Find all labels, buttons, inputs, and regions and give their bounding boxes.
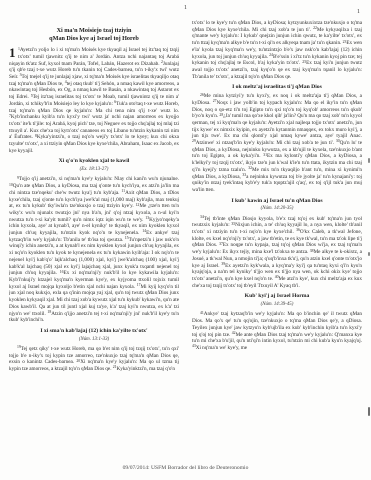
section-heading: I kub' kawin aj Israel tu'n qMan Dios — [197, 198, 357, 205]
verses-9-18: 9Tojjo q'ij anetzi'n, xi nq'ma'n kye'y k… — [9, 176, 179, 323]
left-column: Xi ma'n Moisiejo tzaj ttziyin qMan Dios … — [9, 20, 179, 454]
verses-21-25-continuation: tx'otx' lo te kye'y tu'n qMan Dios, a ky… — [192, 20, 362, 80]
cross-reference: (Ex. 18:13-27) — [9, 167, 179, 174]
section-heading: I xi sma'n kab'lajaj (12) ichin ka'yilte… — [14, 328, 174, 335]
page-number-right: 1 — [357, 9, 360, 15]
passage-title-line1: Xi ma'n Moisiejo tzaj ttziyin — [57, 27, 132, 34]
passage-title-line2: qMan Dios kye aj Israel toj Horeb — [49, 35, 139, 42]
chapter-paragraph: 11Ayetzi'n yoljo lo i xi tq'ma'n Moisés … — [9, 47, 179, 154]
verses-41-43: 41Ankye' tzaj kytzaq'b'in we'y kyjalu'n:… — [192, 311, 362, 351]
page-number-center: 1 — [0, 5, 371, 11]
document-page: 1 1 Xi ma'n Moisiejo tzaj ttziyin qMan D… — [0, 0, 371, 480]
verses-26-33: 26Me mina kytziyi'y tu'n kyxi'y, ex noq … — [192, 93, 362, 194]
chapter-number-drop-cap: 1 — [9, 47, 16, 58]
cross-reference: (Núm. 14:39-45) — [192, 302, 362, 309]
verses-1-8: 1Ayetzi'n yoljo lo i xi tq'ma'n Moisés k… — [9, 47, 179, 154]
cross-reference: (Núm. 13:1-33) — [9, 337, 179, 344]
verses-19-21: 19Tej qetz qiky' t-xe wutz Horeb, ma qo … — [9, 346, 179, 373]
right-column: tx'otx' lo te kye'y tu'n qMan Dios, a ky… — [192, 20, 362, 454]
scan-artifact — [368, 252, 370, 256]
draft-footer-note: 09/07/2014: USFM Borrador del libro de D… — [0, 463, 371, 471]
text-columns: Xi ma'n Moisiejo tzaj ttziyin qMan Dios … — [9, 20, 362, 454]
section-heading: Kub' kyi'j aj Israel Horma — [197, 293, 357, 300]
section-heading: Xi q'o'n kyoklen xjal te kawil — [14, 158, 174, 165]
cross-reference: (Núm. 14:20-35) — [192, 206, 362, 213]
verses-34-40: 34Tej tb'inte qMan Diosjo kyyola, b'e'x … — [192, 216, 362, 290]
scan-artifact — [368, 158, 370, 163]
scan-artifact — [368, 407, 370, 416]
section-heading: I ok meltz'aj israelitas ti'j qMan Dios — [197, 84, 357, 91]
passage-title: Xi ma'n Moisiejo tzaj ttziyin qMan Dios … — [19, 27, 169, 42]
